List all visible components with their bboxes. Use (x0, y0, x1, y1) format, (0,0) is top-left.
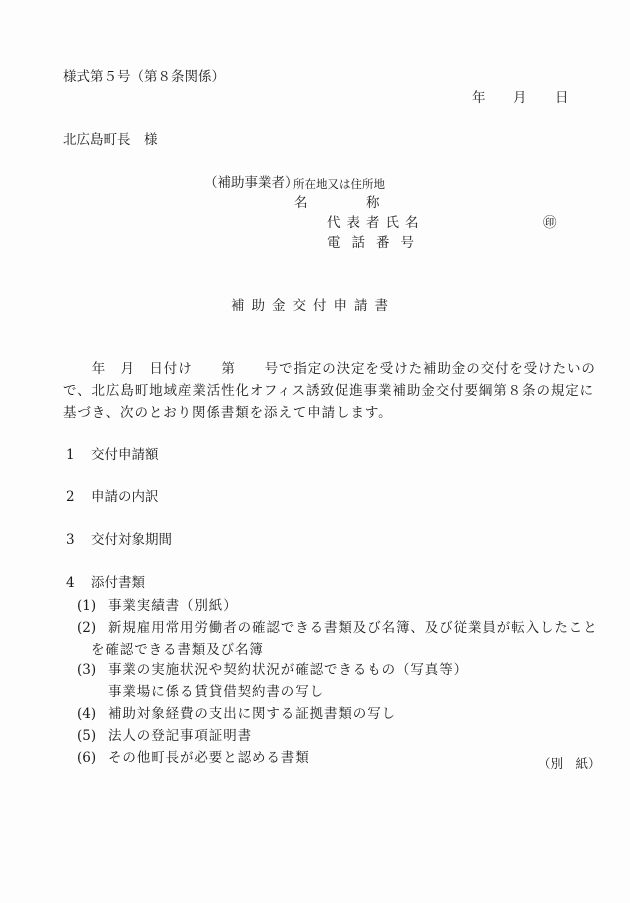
attachment-continuation: 事業場に係る賃貸借契約書の写し (108, 686, 324, 700)
attachment-number: (1) (77, 600, 96, 614)
body-line-1: 年 月 日付け 第 号で指定の決定を受けた補助金の交付を受けたいの (63, 363, 596, 377)
body-line-3: 基づき、次のとおり関係書類を添えて申請します。 (63, 407, 393, 421)
attachment-text: その他町長が必要と認める書類 (108, 752, 310, 766)
separate-sheet-note: （別 紙） (538, 758, 601, 771)
attachment-text: 補助対象経費の支出に関する証拠書類の写し (108, 708, 396, 722)
attachment-text: 事業の実施状況や契約状況が確認できるもの（写真等） (108, 664, 468, 678)
name-label-2: 称 (366, 197, 380, 211)
attachment-text: 新規雇用常用労働者の確認できる書類及び名簿、及び従業員が転入したこと (108, 622, 598, 636)
address-label: 所在地又は住所地 (293, 179, 385, 191)
document-title: 補助金交付申請書 (231, 300, 395, 314)
attachment-number: (6) (77, 752, 96, 766)
attachment-number: (5) (77, 730, 96, 744)
item-number: 4 (66, 577, 75, 591)
item-label: 申請の内訳 (91, 491, 159, 505)
applicant-label: （補助事業者） (204, 177, 299, 191)
date-month: 月 (513, 92, 527, 106)
date-year: 年 (472, 92, 486, 106)
addressee: 北広島町長 様 (63, 134, 158, 148)
item-label: 交付対象期間 (91, 534, 172, 548)
attachment-text: 法人の登記事項証明書 (108, 730, 252, 744)
name-label-1: 名 (294, 197, 308, 211)
attachment-number: (3) (77, 664, 96, 678)
item-number: 3 (66, 534, 75, 548)
body-line-2: で、北広島町地域産業活性化オフィス誘致促進事業補助金交付要綱第８条の規定に (63, 385, 594, 399)
representative-label: 代表者氏名 (327, 217, 425, 231)
attachment-number: (2) (77, 622, 96, 636)
phone-label: 電話番号 (327, 237, 425, 251)
date-day: 日 (555, 92, 569, 106)
item-label: 交付申請額 (91, 449, 159, 463)
attachment-number: (4) (77, 708, 96, 722)
item-label: 添付書類 (91, 577, 145, 591)
form-number: 様式第５号（第８条関係） (63, 71, 225, 85)
item-number: 2 (66, 491, 75, 505)
item-number: 1 (66, 449, 75, 463)
attachment-continuation: を確認できる書類及び名簿 (91, 644, 264, 658)
attachment-text: 事業実績書（別紙） (108, 600, 238, 614)
seal-mark: ㊞ (543, 217, 557, 231)
